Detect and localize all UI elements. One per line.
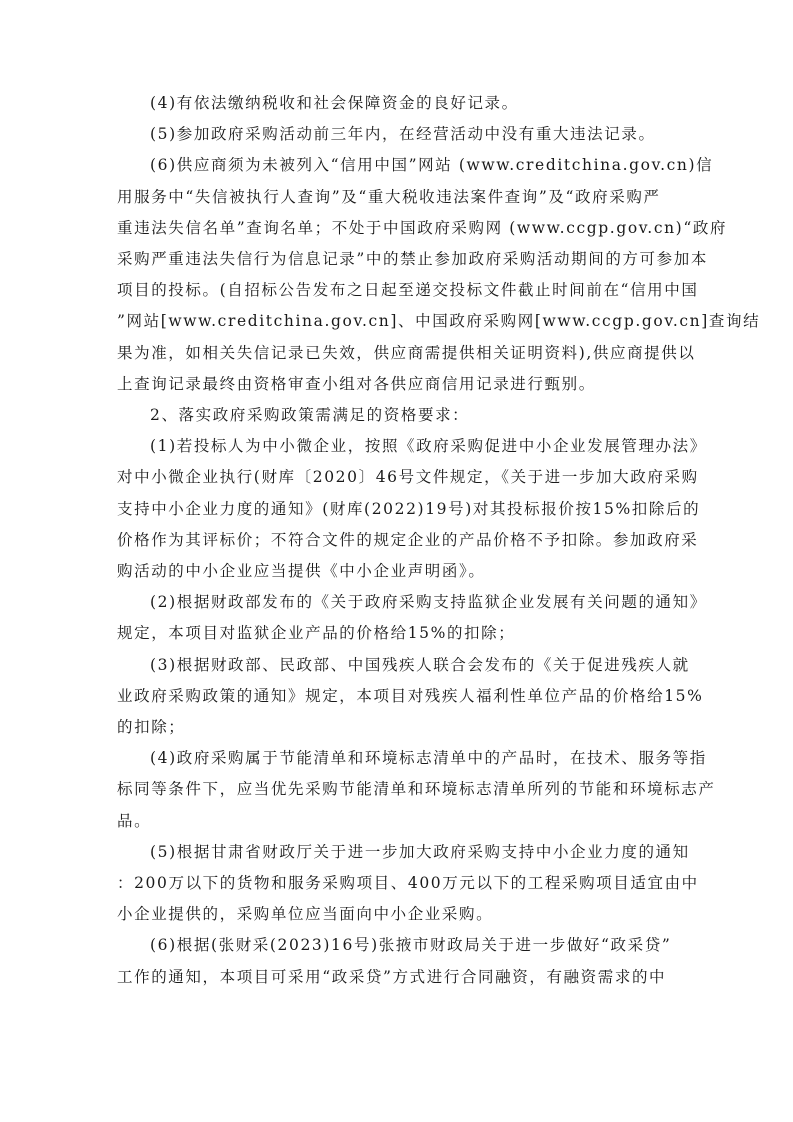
text-line: (4)政府采购属于节能清单和环境标志清单中的产品时，在技术、服务等指: [117, 743, 693, 774]
text-line: 采购严重违法失信行为信息记录”中的禁止参加政府采购活动期间的方可参加本: [117, 244, 693, 275]
text-line: ：200万以下的货物和服务采购项目、400万元以下的工程采购项目适宜由中: [117, 868, 693, 899]
document-page: (4)有依法缴纳税收和社会保障资金的良好记录。 (5)参加政府采购活动前三年内，…: [117, 88, 693, 993]
paragraph-policy-3: (3)根据财政部、民政部、中国残疾人联合会发布的《关于促进残疾人就 业政府采购政…: [117, 650, 693, 744]
text-line: (4)有依法缴纳税收和社会保障资金的良好记录。: [117, 88, 693, 119]
text-line: 用服务中“失信被执行人查询”及“重大税收违法案件查询”及“政府采购严: [117, 182, 693, 213]
paragraph-policy-4: (4)政府采购属于节能清单和环境标志清单中的产品时，在技术、服务等指 标同等条件…: [117, 743, 693, 837]
paragraph-item-4: (4)有依法缴纳税收和社会保障资金的良好记录。: [117, 88, 693, 119]
text-line: 标同等条件下，应当优先采购节能清单和环境标志清单所列的节能和环境标志产: [117, 774, 693, 805]
text-line: 支持中小企业力度的通知》(财库(2022)19号)对其投标报价按15%扣除后的: [117, 494, 693, 525]
paragraph-item-5: (5)参加政府采购活动前三年内，在经营活动中没有重大违法记录。: [117, 119, 693, 150]
text-line: 工作的通知，本项目可采用“政采贷”方式进行合同融资，有融资需求的中: [117, 962, 693, 993]
paragraph-policy-5: (5)根据甘肃省财政厅关于进一步加大政府采购支持中小企业力度的通知 ：200万以…: [117, 837, 693, 931]
text-line: 上查询记录最终由资格审查小组对各供应商信用记录进行甄别。: [117, 369, 693, 400]
text-line: 的扣除；: [117, 712, 693, 743]
paragraph-policy-6: (6)根据(张财采(2023)16号)张掖市财政局关于进一步做好“政采贷” 工作…: [117, 930, 693, 992]
text-line: (1)若投标人为中小微企业，按照《政府采购促进中小企业发展管理办法》: [117, 431, 693, 462]
text-line: (6)供应商须为未被列入“信用中国”网站 (www.creditchina.go…: [117, 150, 693, 181]
paragraph-item-6: (6)供应商须为未被列入“信用中国”网站 (www.creditchina.go…: [117, 150, 693, 400]
text-line: (6)根据(张财采(2023)16号)张掖市财政局关于进一步做好“政采贷”: [117, 930, 693, 961]
text-line: 对中小微企业执行(财库〔2020〕46号文件规定，《关于进一步加大政府采购: [117, 462, 693, 493]
text-line: 项目的投标。(自招标公告发布之日起至递交投标文件截止时间前在“信用中国: [117, 275, 693, 306]
text-line: (5)根据甘肃省财政厅关于进一步加大政府采购支持中小企业力度的通知: [117, 837, 693, 868]
text-line: 品。: [117, 806, 693, 837]
section-heading-2: 2、落实政府采购政策需满足的资格要求：: [117, 400, 693, 431]
paragraph-policy-2: (2)根据财政部发布的《关于政府采购支持监狱企业发展有关问题的通知》 规定，本项…: [117, 587, 693, 649]
text-line: 2、落实政府采购政策需满足的资格要求：: [117, 400, 693, 431]
text-line: 重违法失信名单”查询名单；不处于中国政府采购网 (www.ccgp.gov.cn…: [117, 213, 693, 244]
text-line: 规定，本项目对监狱企业产品的价格给15%的扣除；: [117, 618, 693, 649]
text-line: 果为准，如相关失信记录已失效，供应商需提供相关证明资料),供应商提供以: [117, 338, 693, 369]
text-line: 购活动的中小企业应当提供《中小企业声明函》。: [117, 556, 693, 587]
text-line: 小企业提供的，采购单位应当面向中小企业采购。: [117, 899, 693, 930]
text-line: (3)根据财政部、民政部、中国残疾人联合会发布的《关于促进残疾人就: [117, 650, 693, 681]
text-line: 业政府采购政策的通知》规定，本项目对残疾人福利性单位产品的价格给15%: [117, 681, 693, 712]
text-line: ”网站[www.creditchina.gov.cn]、中国政府采购网[www.…: [117, 306, 693, 337]
text-line: (5)参加政府采购活动前三年内，在经营活动中没有重大违法记录。: [117, 119, 693, 150]
text-line: (2)根据财政部发布的《关于政府采购支持监狱企业发展有关问题的通知》: [117, 587, 693, 618]
paragraph-policy-1: (1)若投标人为中小微企业，按照《政府采购促进中小企业发展管理办法》 对中小微企…: [117, 431, 693, 587]
text-line: 价格作为其评标价；不符合文件的规定企业的产品价格不予扣除。参加政府采: [117, 525, 693, 556]
